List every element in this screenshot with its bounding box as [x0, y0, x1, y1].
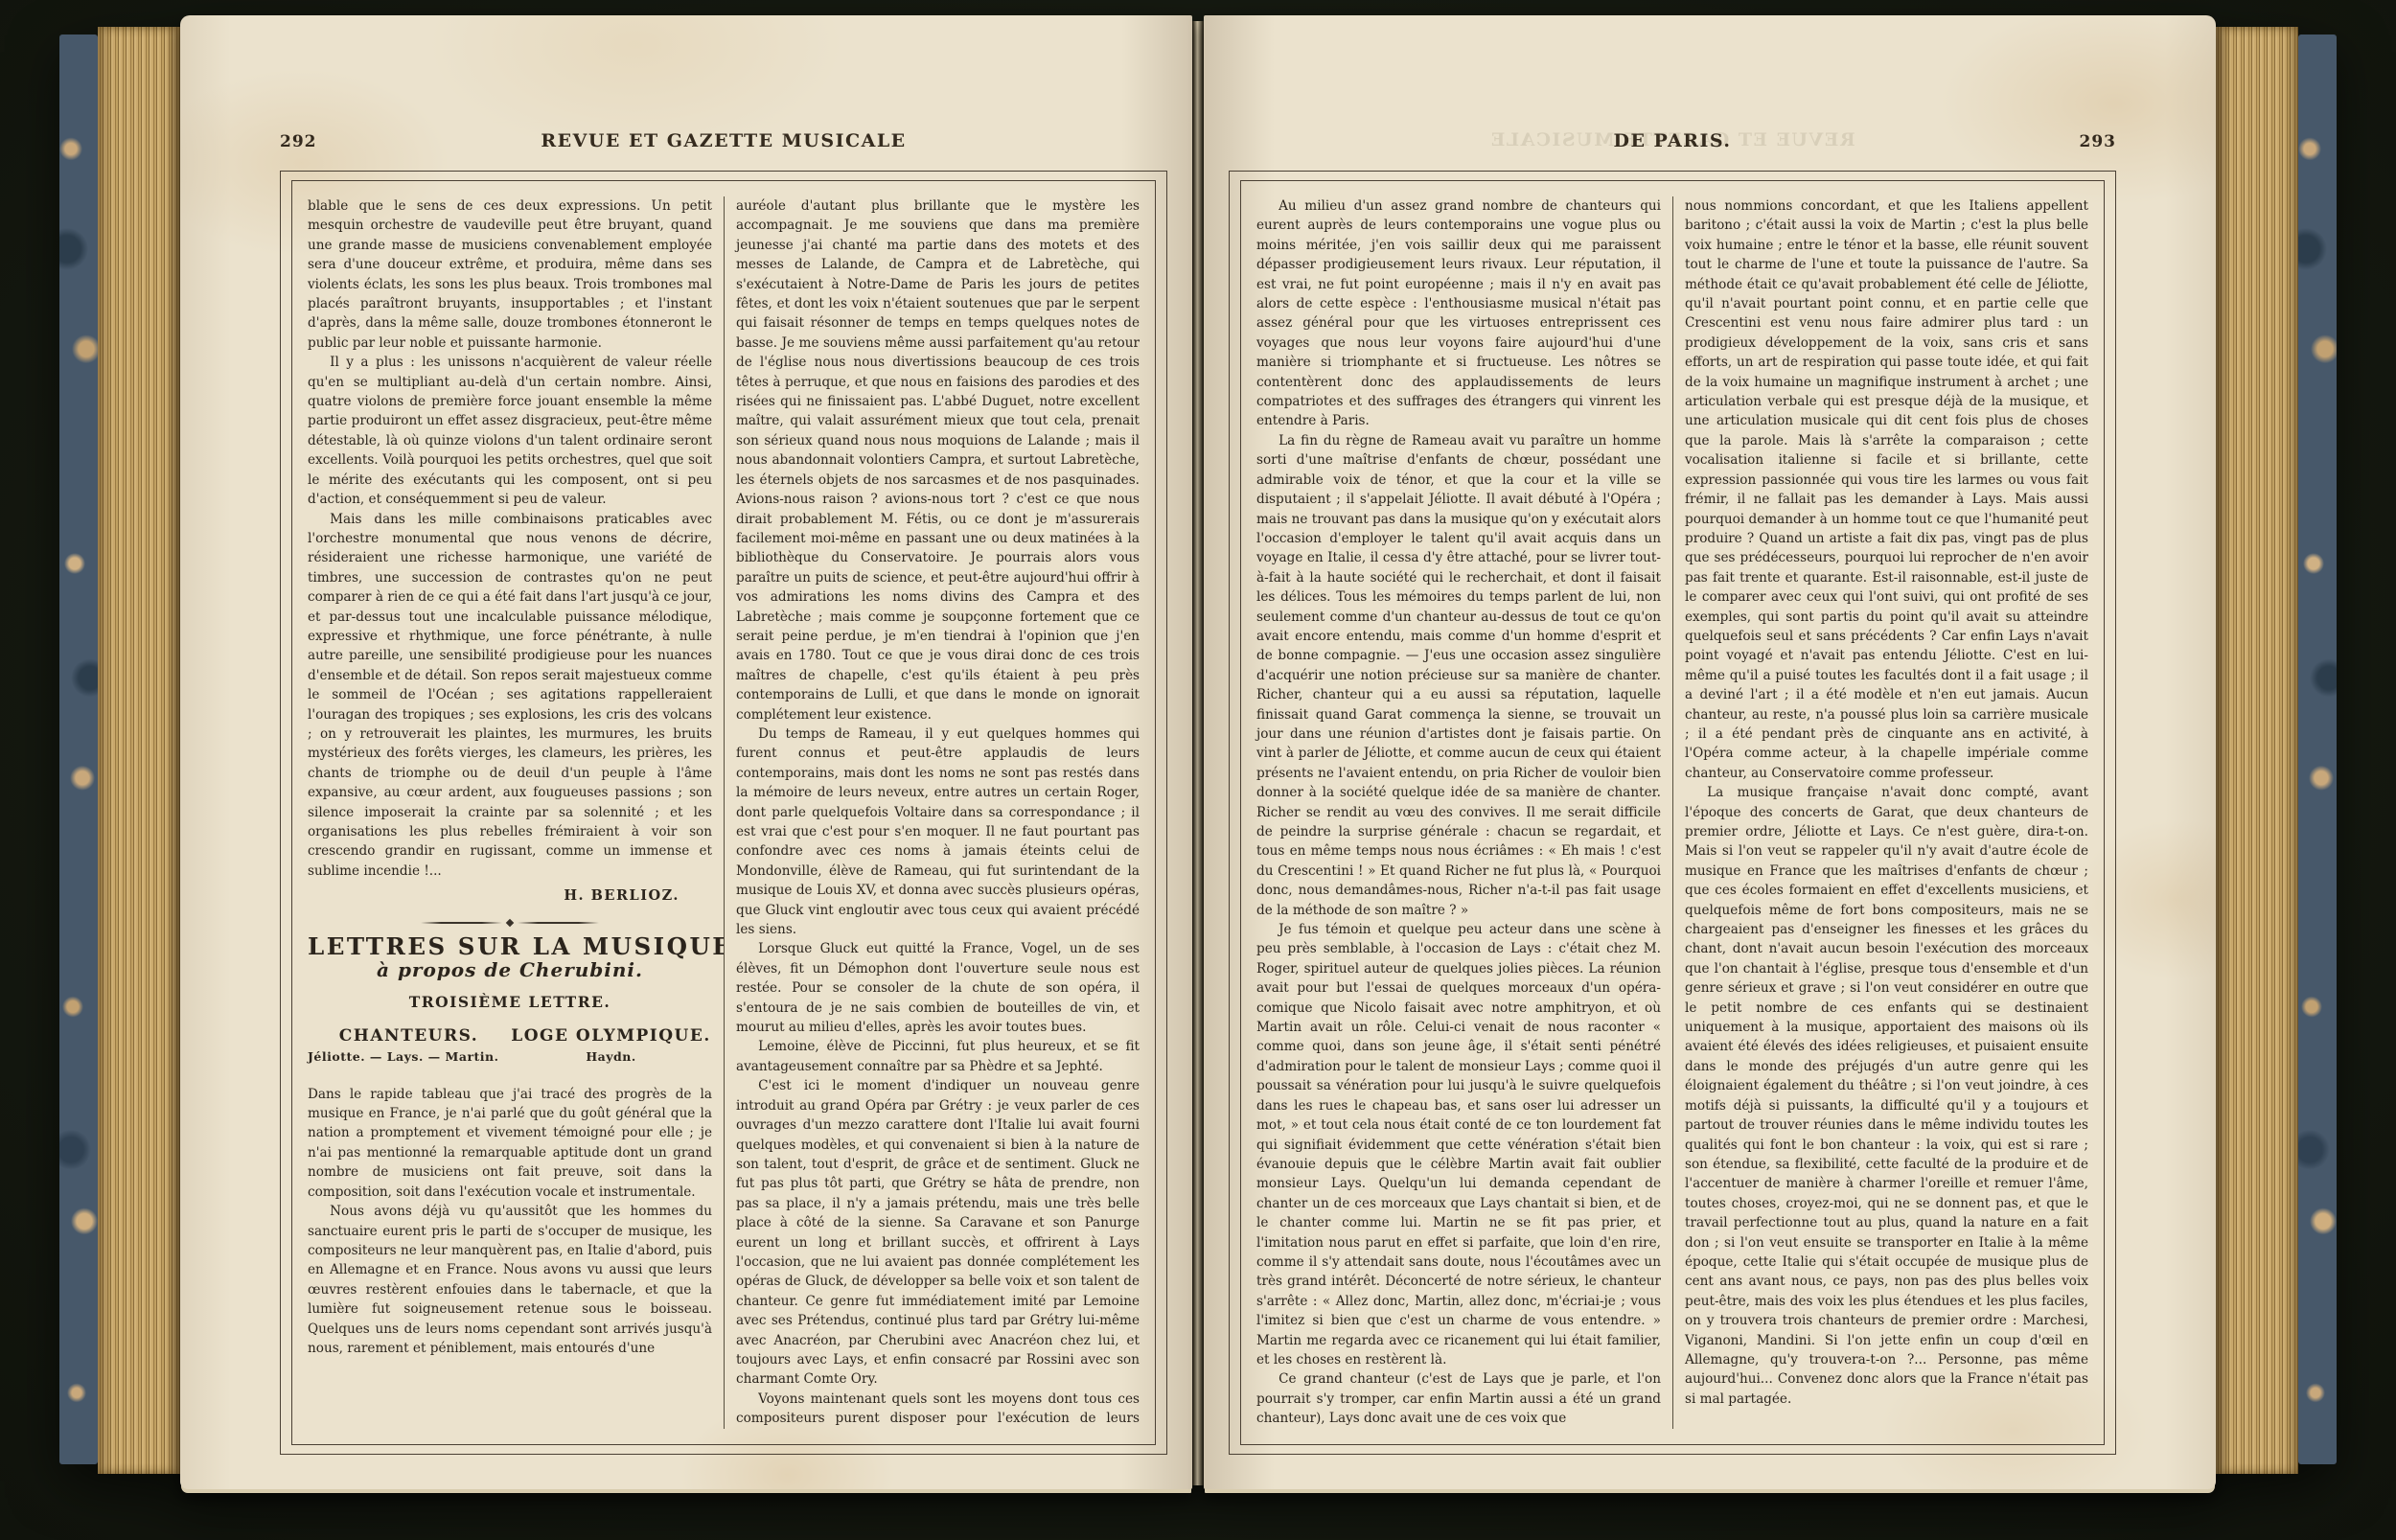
left-page-edges: [98, 27, 180, 1474]
paragraph: Du temps de Rameau, il y eut quelques ho…: [736, 724, 1140, 939]
left-page-text-frame: blable que le sens de ces deux expressio…: [280, 171, 1167, 1455]
section-divider-ornament: [421, 920, 599, 926]
right-cover-marbled-board: [2298, 34, 2337, 1464]
paragraph: Dans le rapide tableau que j'ai tracé de…: [308, 1085, 712, 1202]
right-page-frame-inner: Au milieu d'un assez grand nombre de cha…: [1240, 180, 2105, 1445]
paragraph: La musique française n'avait donc compté…: [1685, 783, 2088, 1409]
left-page: 292 REVUE ET GAZETTE MUSICALE blable que…: [180, 15, 1192, 1489]
right-page: REVUE ET GAZETTE MUSICALE DE PARIS. 293 …: [1204, 15, 2216, 1489]
paragraph: Ce grand chanteur (c'est de Lays que je …: [1256, 1369, 1661, 1428]
paragraph: Voyons maintenant quels sont les moyens …: [736, 1390, 1140, 1429]
open-book: 292 REVUE ET GAZETTE MUSICALE blable que…: [59, 15, 2337, 1489]
left-page-column-1: blable que le sens de ces deux expressio…: [296, 196, 724, 1429]
right-page-header: REVUE ET GAZETTE MUSICALE DE PARIS. 293: [1229, 119, 2116, 151]
right-page-column-1: Au milieu d'un assez grand nombre de cha…: [1245, 196, 1672, 1429]
names-left: Jéliotte. — Lays. — Martin.: [308, 1047, 510, 1067]
running-title-left: REVUE ET GAZETTE MUSICALE: [280, 130, 1167, 151]
names-right: Haydn.: [510, 1047, 712, 1067]
paragraph: Au milieu d'un assez grand nombre de cha…: [1256, 196, 1661, 431]
paragraph: Je fus témoin et quelque peu acteur dans…: [1256, 920, 1661, 1369]
left-page-column-2: auréole d'autant plus brillante que le m…: [724, 196, 1151, 1429]
left-page-frame-inner: blable que le sens de ces deux expressio…: [291, 180, 1156, 1445]
section-heading-chanteurs: CHANTEURS.: [308, 1026, 510, 1046]
paragraph: Il y a plus : les unissons n'acquièrent …: [308, 353, 712, 509]
article-section-headings: CHANTEURS. LOGE OLYMPIQUE.: [308, 1026, 712, 1046]
paragraph: Mais dans les mille combinaisons pratica…: [308, 510, 712, 882]
photo-background: 292 REVUE ET GAZETTE MUSICALE blable que…: [0, 0, 2396, 1540]
article-section-names: Jéliotte. — Lays. — Martin. Haydn.: [308, 1047, 712, 1067]
article-title: LETTRES SUR LA MUSIQUE EN FRANCE,: [308, 937, 712, 956]
berlioz-article-end: blable que le sens de ces deux expressio…: [308, 196, 712, 881]
article-signature: H. BERLIOZ.: [308, 886, 712, 906]
paragraph: nous nommions concordant, et que les Ita…: [1685, 196, 2088, 783]
running-title-right: DE PARIS.: [1229, 130, 2116, 151]
right-page-column-2: nous nommions concordant, et que les Ita…: [1672, 196, 2100, 1429]
book-gutter: [1192, 21, 1204, 1485]
paragraph: auréole d'autant plus brillante que le m…: [736, 196, 1140, 724]
letter-opening-paragraphs: Dans le rapide tableau que j'ai tracé de…: [308, 1085, 712, 1359]
left-cover-marbled-board: [59, 34, 98, 1464]
article-subtitle: à propos de Cherubini.: [308, 960, 712, 979]
paragraph: La fin du règne de Rameau avait vu paraî…: [1256, 431, 1661, 920]
right-page-text-frame: Au milieu d'un assez grand nombre de cha…: [1229, 171, 2116, 1455]
paragraph: Nous avons déjà vu qu'aussitôt que les h…: [308, 1202, 712, 1358]
diamond-ornament-icon: [506, 918, 514, 926]
paragraph: Lorsque Gluck eut quitté la France, Voge…: [736, 939, 1140, 1037]
section-heading-loge-olympique: LOGE OLYMPIQUE.: [510, 1026, 712, 1046]
article-letter-heading: TROISIÈME LETTRE.: [308, 993, 712, 1012]
left-page-header: 292 REVUE ET GAZETTE MUSICALE: [280, 119, 1167, 151]
paragraph: C'est ici le moment d'indiquer un nouvea…: [736, 1076, 1140, 1390]
right-page-edges: [2216, 27, 2298, 1474]
paragraph: Lemoine, élève de Piccinni, fut plus heu…: [736, 1037, 1140, 1076]
paragraph: blable que le sens de ces deux expressio…: [308, 196, 712, 353]
